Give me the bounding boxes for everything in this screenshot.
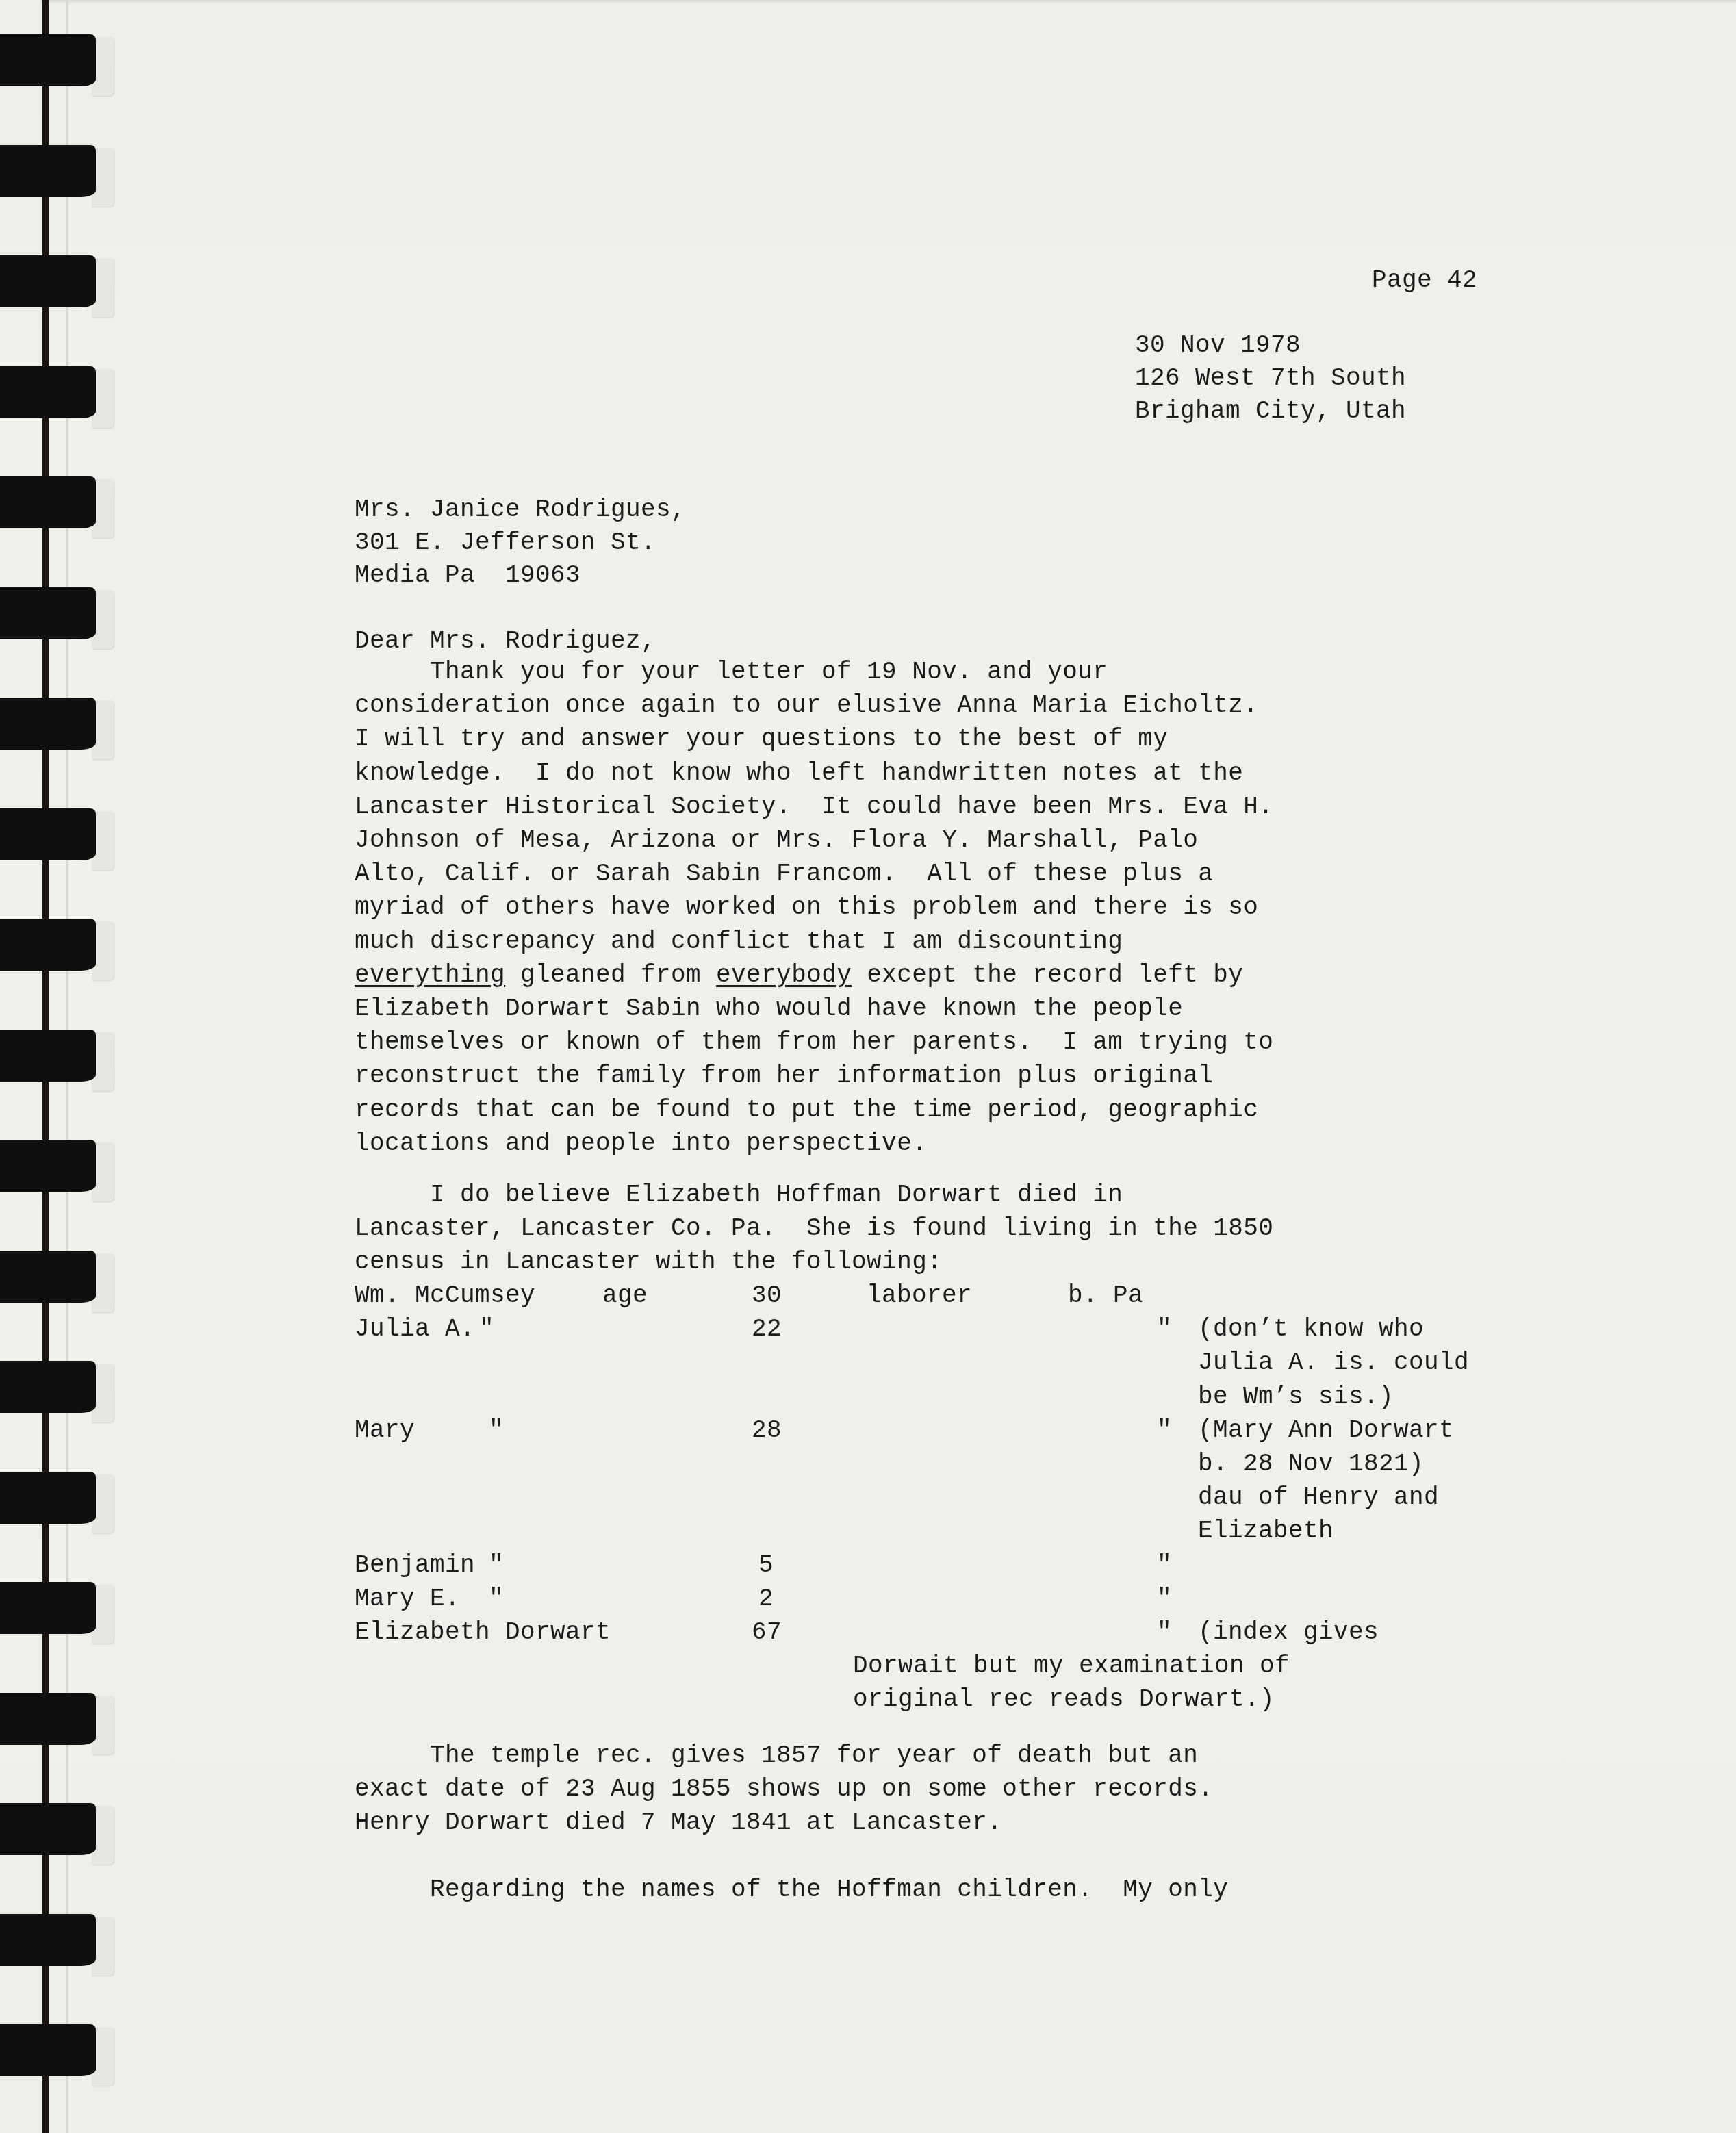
census-age-label: age xyxy=(602,1279,648,1312)
census-note-line: dau of Henry and xyxy=(1198,1481,1439,1514)
paragraph-line: reconstruct the family from her informat… xyxy=(355,1060,1213,1093)
census-name: Julia A. xyxy=(355,1313,475,1346)
binding-ring xyxy=(0,1914,96,1966)
census-birthplace: " xyxy=(1157,1313,1172,1346)
paragraph-line: I do believe Elizabeth Hoffman Dorwart d… xyxy=(355,1179,1123,1212)
paragraph-line: knowledge. I do not know who left handwr… xyxy=(355,757,1243,790)
census-note-line: be Wm’s sis.) xyxy=(1198,1381,1394,1414)
census-ditto-mark: " xyxy=(489,1583,504,1615)
recipient-name: Mrs. Janice Rodrigues, xyxy=(355,494,686,526)
paragraph-line: census in Lancaster with the following: xyxy=(355,1246,942,1279)
paragraph-line: Henry Dorwart died 7 May 1841 at Lancast… xyxy=(355,1806,1002,1839)
census-occupation: laborer xyxy=(867,1279,972,1312)
census-note-line: (Mary Ann Dorwart xyxy=(1198,1414,1454,1447)
binding-ring xyxy=(0,1030,96,1082)
census-name: Mary xyxy=(355,1414,415,1447)
census-birthplace: " xyxy=(1157,1583,1172,1615)
binding-ring xyxy=(0,1140,96,1192)
sender-city: Brigham City, Utah xyxy=(1135,395,1406,428)
binding-ring xyxy=(0,1251,96,1303)
census-age: 28 xyxy=(752,1414,782,1447)
census-note-line: b. 28 Nov 1821) xyxy=(1198,1448,1424,1481)
paragraph-line: consideration once again to our elusive … xyxy=(355,689,1258,722)
census-note-line: Dorwait but my examination of xyxy=(853,1650,1290,1683)
paragraph-line: Regarding the names of the Hoffman child… xyxy=(355,1874,1228,1906)
census-ditto-mark: " xyxy=(489,1414,504,1447)
paragraph-line: Alto, Calif. or Sarah Sabin Francom. All… xyxy=(355,858,1213,891)
paragraph-line: I will try and answer your questions to … xyxy=(355,723,1168,756)
underlined-word: everybody xyxy=(716,961,852,989)
binding-ring xyxy=(0,919,96,971)
sender-street: 126 West 7th South xyxy=(1135,362,1406,395)
letter-date: 30 Nov 1978 xyxy=(1135,329,1301,362)
paragraph-line: Thank you for your letter of 19 Nov. and… xyxy=(355,656,1108,689)
census-birthplace: b. Pa xyxy=(1068,1279,1143,1312)
paragraph-line: Johnson of Mesa, Arizona or Mrs. Flora Y… xyxy=(355,824,1198,857)
census-note-line: (don’t know who xyxy=(1198,1313,1424,1346)
census-name: Wm. McCumsey xyxy=(355,1279,535,1312)
page-number: Page 42 xyxy=(1372,264,1477,297)
paragraph-line: myriad of others have worked on this pro… xyxy=(355,891,1258,924)
paragraph-line: locations and people into perspective. xyxy=(355,1127,927,1160)
binding-ring xyxy=(0,1693,96,1745)
binding-ring xyxy=(0,255,96,307)
text-span: except the record left by xyxy=(852,961,1243,989)
page-top-edge xyxy=(41,0,1736,4)
census-ditto-mark: " xyxy=(479,1313,494,1346)
census-age: 2 xyxy=(758,1583,774,1615)
census-age: 22 xyxy=(752,1313,782,1346)
paragraph-line: everything gleaned from everybody except… xyxy=(355,959,1243,992)
underlined-word: everything xyxy=(355,961,505,989)
census-age: 30 xyxy=(752,1279,782,1312)
census-name: Mary E. xyxy=(355,1583,460,1615)
binding-ring xyxy=(0,1361,96,1413)
census-name: Benjamin xyxy=(355,1549,475,1582)
paragraph-line: much discrepancy and conflict that I am … xyxy=(355,925,1123,958)
binding-ring xyxy=(0,366,96,418)
census-note-line: Julia A. is. could xyxy=(1198,1346,1469,1379)
census-birthplace: " xyxy=(1157,1549,1172,1582)
binding-ring xyxy=(0,2024,96,2076)
binding-ring xyxy=(0,34,96,86)
binding-ring xyxy=(0,808,96,860)
census-note-line: (index gives xyxy=(1198,1616,1379,1649)
binding-ring xyxy=(0,145,96,197)
binding-ring xyxy=(0,587,96,639)
paragraph-line: themselves or known of them from her par… xyxy=(355,1026,1273,1059)
census-birthplace: " xyxy=(1157,1616,1172,1649)
paragraph-line: Lancaster, Lancaster Co. Pa. She is foun… xyxy=(355,1212,1273,1245)
recipient-street: 301 E. Jefferson St. xyxy=(355,526,656,559)
paragraph-line: Elizabeth Dorwart Sabin who would have k… xyxy=(355,993,1183,1025)
binding-ring xyxy=(0,1803,96,1855)
paragraph-line: records that can be found to put the tim… xyxy=(355,1094,1258,1127)
census-note-line: Elizabeth xyxy=(1198,1515,1333,1548)
recipient-city: Media Pa 19063 xyxy=(355,559,580,592)
paragraph-line: The temple rec. gives 1857 for year of d… xyxy=(355,1739,1198,1772)
census-note-line: original rec reads Dorwart.) xyxy=(853,1683,1275,1716)
paragraph-line: Lancaster Historical Society. It could h… xyxy=(355,791,1273,823)
paragraph-line: exact date of 23 Aug 1855 shows up on so… xyxy=(355,1773,1213,1806)
text-span: gleaned from xyxy=(505,961,716,989)
binding-ring xyxy=(0,1472,96,1524)
census-age: 5 xyxy=(758,1549,774,1582)
census-age: 67 xyxy=(752,1616,782,1649)
binding-ring xyxy=(0,698,96,750)
salutation: Dear Mrs. Rodriguez, xyxy=(355,625,656,658)
binding-ring xyxy=(0,476,96,528)
census-name: Elizabeth Dorwart xyxy=(355,1616,611,1649)
census-ditto-mark: " xyxy=(489,1549,504,1582)
census-birthplace: " xyxy=(1157,1414,1172,1447)
binding-ring xyxy=(0,1582,96,1634)
